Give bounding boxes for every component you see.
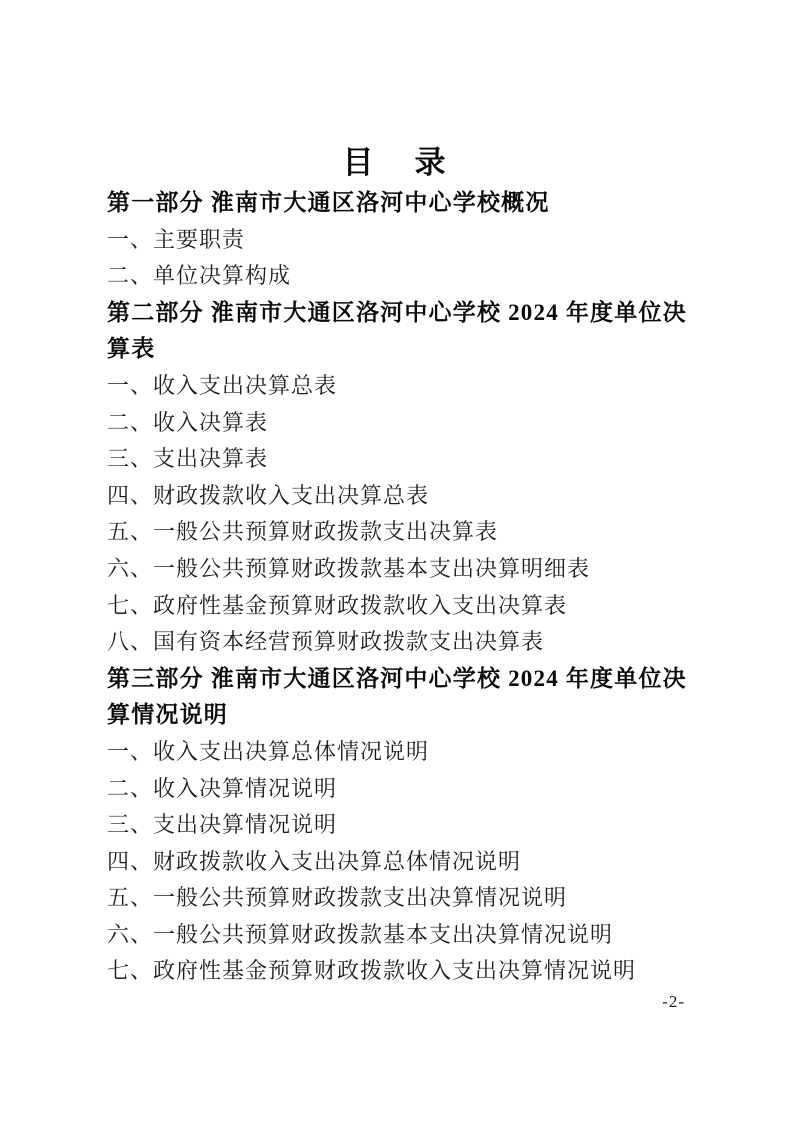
toc-item: 五、一般公共预算财政拨款支出决算表	[107, 514, 707, 551]
toc-item: 一、收入支出决算总表	[107, 368, 707, 405]
toc-item: 四、财政拨款收入支出决算总表	[107, 478, 707, 515]
toc-section-heading-continuation: 算表	[107, 331, 707, 368]
page-title: 目 录	[0, 145, 793, 181]
toc-item: 七、政府性基金预算财政拨款收入支出决算情况说明	[107, 953, 707, 990]
toc-item: 二、收入决算表	[107, 405, 707, 442]
toc-item: 二、收入决算情况说明	[107, 771, 707, 808]
toc-section-heading-continuation: 算情况说明	[107, 697, 707, 734]
toc-item: 七、政府性基金预算财政拨款收入支出决算表	[107, 588, 707, 625]
toc-item: 四、财政拨款收入支出决算总体情况说明	[107, 844, 707, 881]
toc-item: 三、支出决算表	[107, 441, 707, 478]
toc-item: 一、收入支出决算总体情况说明	[107, 734, 707, 771]
toc-section-heading: 第三部分 淮南市大通区洛河中心学校 2024 年度单位决	[107, 661, 707, 698]
toc-item: 六、一般公共预算财政拨款基本支出决算情况说明	[107, 917, 707, 954]
toc-item: 五、一般公共预算财政拨款支出决算情况说明	[107, 880, 707, 917]
toc-item: 二、单位决算构成	[107, 258, 707, 295]
toc-list: 第一部分 淮南市大通区洛河中心学校概况一、主要职责二、单位决算构成第二部分 淮南…	[107, 185, 707, 990]
toc-section-heading: 第二部分 淮南市大通区洛河中心学校 2024 年度单位决	[107, 295, 707, 332]
toc-item: 三、支出决算情况说明	[107, 807, 707, 844]
page-number: -2-	[662, 993, 685, 1011]
toc-item: 一、主要职责	[107, 222, 707, 259]
toc-item: 六、一般公共预算财政拨款基本支出决算明细表	[107, 551, 707, 588]
toc-section-heading: 第一部分 淮南市大通区洛河中心学校概况	[107, 185, 707, 222]
document-page: 目 录 第一部分 淮南市大通区洛河中心学校概况一、主要职责二、单位决算构成第二部…	[0, 0, 793, 1122]
toc-item: 八、国有资本经营预算财政拨款支出决算表	[107, 624, 707, 661]
